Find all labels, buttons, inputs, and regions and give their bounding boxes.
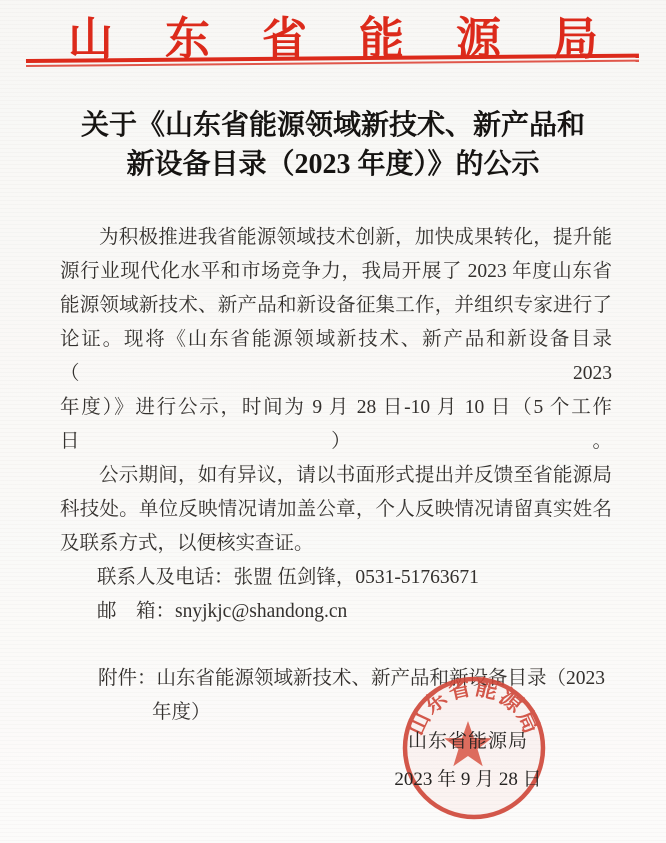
document-title-line2: 新设备目录（2023 年度）》的公示 (0, 145, 666, 184)
signature-date: 2023 年 9 月 28 日 (378, 764, 558, 791)
body-line: 科技处。单位反映情况请加盖公章，个人反映情况请留真实姓名 (60, 493, 612, 527)
body-line: 为积极推进我省能源领域技术创新，加快成果转化，提升能 (60, 221, 612, 255)
body-line: 能源领域新技术、新产品和新设备征集工作，并组织专家进行了 (60, 289, 612, 323)
contact-phone-line: 联系人及电话：张盟 伍剑锋，0531-51763671 (60, 561, 612, 595)
paragraph-1: 为积极推进我省能源领域技术创新，加快成果转化，提升能 源行业现代化水平和市场竞争… (60, 221, 612, 459)
body-line: 源行业现代化水平和市场竞争力，我局开展了 2023 年度山东省 (60, 255, 612, 289)
signature-block: 山东省能源局 2023 年 9 月 28 日 (378, 726, 558, 791)
document-title-line1: 关于《山东省能源领域新技术、新产品和 (0, 106, 666, 145)
notice-page: 山东省能源局 关于《山东省能源领域新技术、新产品和 新设备目录（2023 年度）… (0, 0, 666, 843)
document-title: 关于《山东省能源领域新技术、新产品和 新设备目录（2023 年度）》的公示 (0, 106, 666, 184)
body-line: 公示期间，如有异议，请以书面形式提出并反馈至省能源局 (60, 459, 612, 493)
paragraph-2: 公示期间，如有异议，请以书面形式提出并反馈至省能源局 科技处。单位反映情况请加盖… (60, 459, 612, 561)
contact-email-line: 邮 箱：snyjkjc@shandong.cn (60, 595, 612, 629)
body-line: 年度）》进行公示，时间为 9 月 28 日-10 月 10 日（5 个工作日）。 (60, 391, 612, 459)
body-line: 及联系方式，以便核实查证。 (60, 527, 612, 561)
body-line: 论证。现将《山东省能源领域新技术、新产品和新设备目录（2023 (60, 323, 612, 391)
notice-body: 为积极推进我省能源领域技术创新，加快成果转化，提升能 源行业现代化水平和市场竞争… (60, 221, 612, 730)
signature-agency: 山东省能源局 (378, 726, 558, 753)
